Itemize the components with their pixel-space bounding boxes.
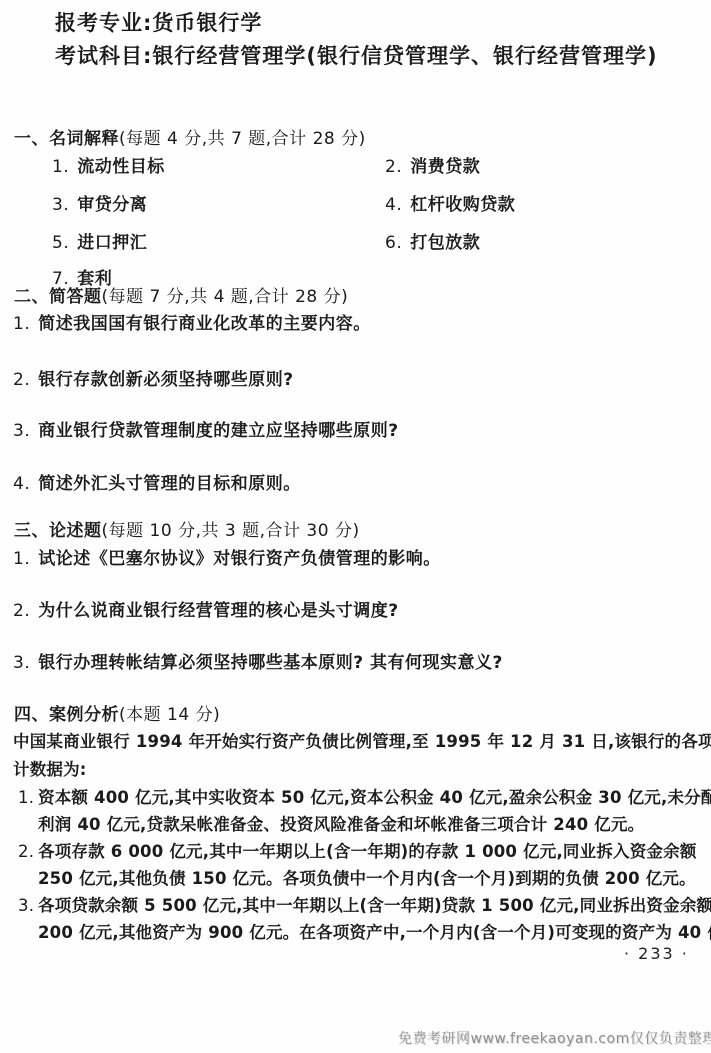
section-4-heading: 四、案例分析(本题 14 分): [14, 705, 220, 726]
item-text: 银行存款创新必须坚持哪些原则?: [38, 370, 293, 390]
exam-subject-line: 考试科目:银行经营管理学(银行信贷管理学、银行经营管理学): [55, 43, 658, 69]
item-number: 4.: [385, 195, 402, 215]
case-item-2-line-2: 250 亿元,其他负债 150 亿元。各项负债中一个月内(含一个月)到期的负债 …: [38, 869, 696, 890]
section-1-note: (每题 4 分,共 7 题,合计 28 分): [119, 129, 366, 149]
section-3-heading: 三、论述题(每题 10 分,共 3 题,合计 30 分): [14, 521, 360, 542]
term-item-2: 2.消费贷款: [385, 157, 480, 178]
item-text: 各项存款 6 000 亿元,其中一年期以上(含一年期)的存款 1 000 亿元,…: [38, 842, 697, 861]
item-text: 杠杆收购贷款: [410, 195, 515, 215]
case-intro-line-2: 计数据为:: [13, 760, 87, 781]
exam-major-line: 报考专业:货币银行学: [55, 10, 262, 36]
short-answer-item-4: 4.简述外汇头寸管理的目标和原则。: [13, 474, 301, 495]
short-answer-item-3: 3.商业银行贷款管理制度的建立应坚持哪些原则?: [13, 421, 399, 442]
item-number: 3.: [52, 195, 69, 215]
item-text: 各项贷款余额 5 500 亿元,其中一年期以上(含一年期)贷款 1 500 亿元…: [38, 896, 711, 915]
item-text: 简述外汇头寸管理的目标和原则。: [38, 474, 301, 494]
short-answer-item-2: 2.银行存款创新必须坚持哪些原则?: [13, 370, 294, 391]
item-text: 消费贷款: [410, 157, 480, 177]
term-item-5: 5.进口押汇: [52, 233, 147, 254]
item-number: 2.: [13, 370, 30, 390]
item-number: 2.: [18, 842, 38, 863]
section-1-heading: 一、名词解释(每题 4 分,共 7 题,合计 28 分): [14, 129, 366, 150]
section-4-title: 四、案例分析: [14, 705, 119, 725]
item-text: 商业银行贷款管理制度的建立应坚持哪些原则?: [38, 421, 398, 441]
case-item-3-line-1: 3.各项贷款余额 5 500 亿元,其中一年期以上(含一年期)贷款 1 500 …: [18, 896, 711, 917]
item-text: 审贷分离: [77, 195, 147, 215]
item-number: 1.: [18, 788, 38, 809]
essay-item-2: 2.为什么说商业银行经营管理的核心是头寸调度?: [13, 601, 399, 622]
section-2-heading: 二、简答题(每题 7 分,共 4 题,合计 28 分): [14, 287, 348, 308]
item-number: 2.: [385, 157, 402, 177]
section-2-title: 二、简答题: [14, 287, 102, 307]
term-item-1: 1.流动性目标: [52, 157, 165, 178]
section-3-title: 三、论述题: [14, 521, 102, 541]
item-text: 简述我国国有银行商业化改革的主要内容。: [38, 314, 371, 334]
item-number: 7.: [52, 269, 69, 289]
item-number: 1.: [13, 314, 30, 334]
item-number: 5.: [52, 233, 69, 253]
item-number: 1.: [52, 157, 69, 177]
item-number: 3.: [18, 896, 38, 917]
item-text: 进口押汇: [77, 233, 147, 253]
case-item-2-line-1: 2.各项存款 6 000 亿元,其中一年期以上(含一年期)的存款 1 000 亿…: [18, 842, 697, 863]
item-number: 2.: [13, 601, 30, 621]
section-3-note: (每题 10 分,共 3 题,合计 30 分): [102, 521, 360, 541]
item-text: 打包放款: [410, 233, 480, 253]
section-4-note: (本题 14 分): [119, 705, 220, 725]
watermark-text: 免费考研网www.freekaoyan.com仅仅负责整理资料: [398, 1031, 711, 1049]
item-text: 为什么说商业银行经营管理的核心是头寸调度?: [38, 601, 398, 621]
section-1-title: 一、名词解释: [14, 129, 119, 149]
item-number: 3.: [13, 421, 30, 441]
item-text: 试论述《巴塞尔协议》对银行资产负债管理的影响。: [38, 549, 441, 569]
term-item-3: 3.审贷分离: [52, 195, 147, 216]
item-text: 流动性目标: [77, 157, 165, 177]
item-text: 银行办理转帐结算必须坚持哪些基本原则? 其有何现实意义?: [38, 653, 503, 673]
case-intro-line-1: 中国某商业银行 1994 年开始实行资产负债比例管理,至 1995 年 12 月…: [13, 732, 711, 753]
case-item-1-line-2: 利润 40 亿元,贷款呆帐准备金、投资风险准备金和坏帐准备三项合计 240 亿元…: [38, 815, 644, 836]
item-text: 套利: [77, 269, 112, 289]
case-item-3-line-2: 200 亿元,其他资产为 900 亿元。在各项资产中,一个月内(含一个月)可变现…: [38, 923, 711, 944]
short-answer-item-1: 1.简述我国国有银行商业化改革的主要内容。: [13, 314, 371, 335]
item-number: 3.: [13, 653, 30, 673]
case-item-1-line-1: 1.资本额 400 亿元,其中实收资本 50 亿元,资本公积金 40 亿元,盈余…: [18, 788, 711, 809]
exam-paper-page: 报考专业:货币银行学 考试科目:银行经营管理学(银行信贷管理学、银行经营管理学)…: [0, 0, 711, 1053]
section-2-note: (每题 7 分,共 4 题,合计 28 分): [102, 287, 349, 307]
page-number: · 233 ·: [624, 944, 689, 964]
term-item-6: 6.打包放款: [385, 233, 480, 254]
item-number: 6.: [385, 233, 402, 253]
item-number: 1.: [13, 549, 30, 569]
item-number: 4.: [13, 474, 30, 494]
item-text: 资本额 400 亿元,其中实收资本 50 亿元,资本公积金 40 亿元,盈余公积…: [38, 788, 711, 807]
term-item-4: 4.杠杆收购贷款: [385, 195, 515, 216]
essay-item-3: 3.银行办理转帐结算必须坚持哪些基本原则? 其有何现实意义?: [13, 653, 503, 674]
essay-item-1: 1.试论述《巴塞尔协议》对银行资产负债管理的影响。: [13, 549, 441, 570]
